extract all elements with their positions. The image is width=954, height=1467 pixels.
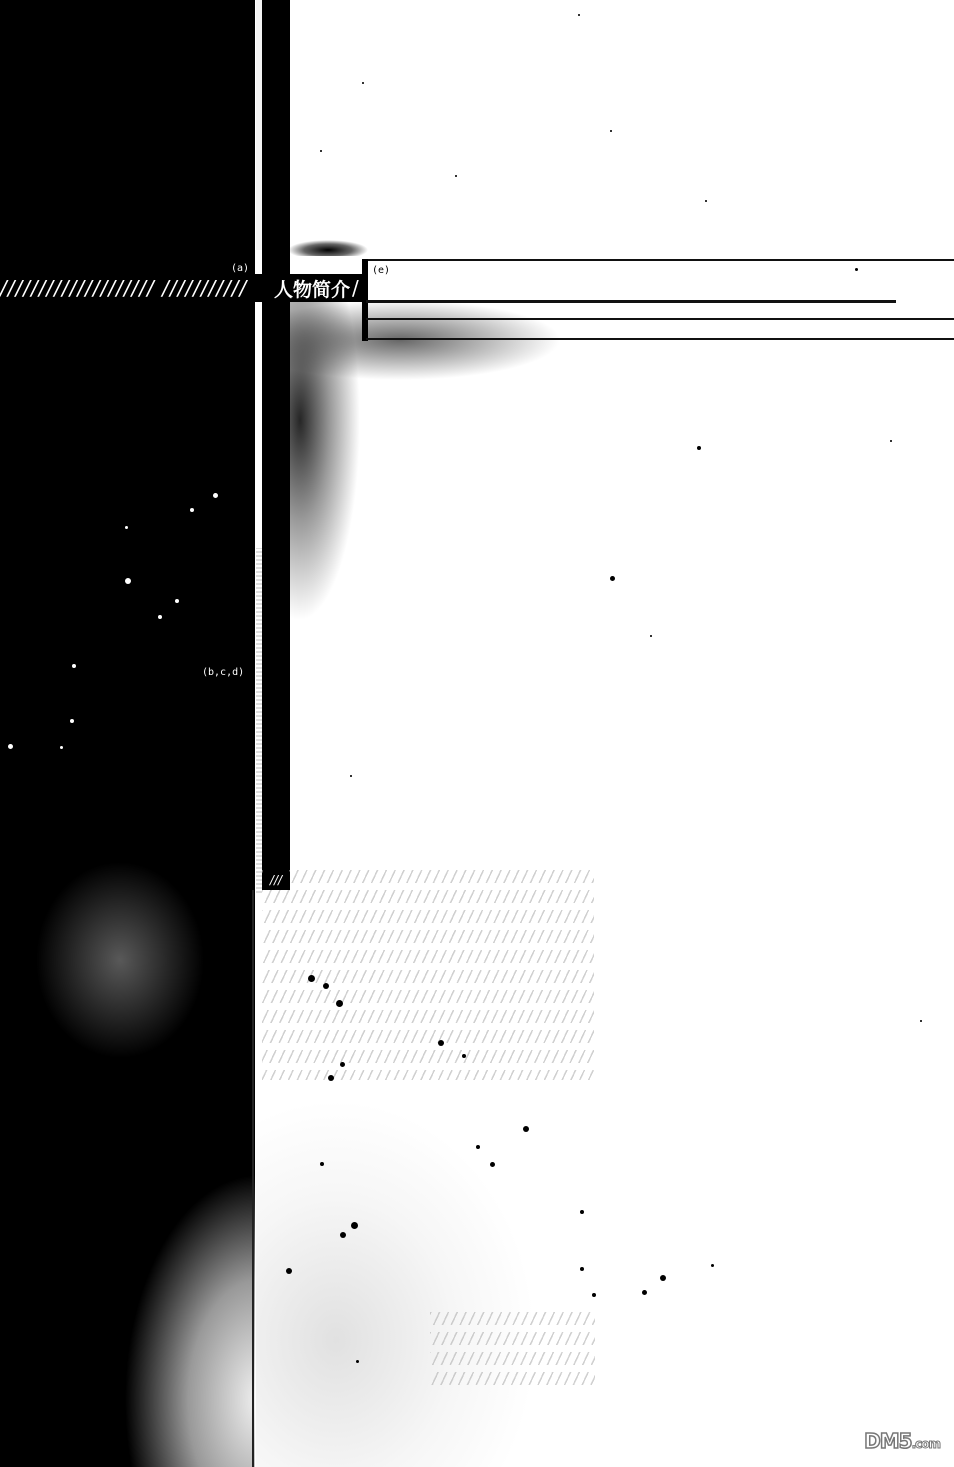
star-dot — [175, 599, 179, 603]
ink-dot — [308, 975, 315, 982]
star-dot — [60, 746, 63, 749]
ink-dot — [711, 1264, 714, 1267]
header-slash-decoration: //////////////////// /////////// — [0, 276, 247, 300]
panel-label-e: (e) — [372, 265, 390, 276]
ink-dot — [476, 1145, 480, 1149]
ink-smudge — [280, 300, 600, 720]
ink-splash — [288, 236, 368, 256]
ink-dot — [660, 1275, 666, 1281]
speckle — [610, 130, 612, 132]
ink-dot — [462, 1054, 466, 1058]
speckle — [455, 175, 457, 177]
ink-dot — [340, 1062, 345, 1067]
speckle — [920, 1020, 922, 1022]
star-dot — [72, 664, 76, 668]
speckle — [350, 775, 352, 777]
ink-dot — [642, 1290, 647, 1295]
ink-dot — [351, 1222, 358, 1229]
ink-dot — [286, 1268, 292, 1274]
star-dot — [125, 578, 131, 584]
star-dot — [125, 526, 128, 529]
ink-dot — [320, 1162, 324, 1166]
ink-dot — [855, 268, 858, 271]
ink-dot — [490, 1162, 495, 1167]
star-dot — [213, 493, 218, 498]
ink-dot — [580, 1267, 584, 1271]
ink-dot — [328, 1075, 334, 1081]
ink-dot — [438, 1040, 444, 1046]
gray-ink-wash — [256, 1080, 676, 1467]
ink-dot — [580, 1210, 584, 1214]
star-dot — [190, 508, 194, 512]
mini-slash-tab: /// — [263, 870, 289, 890]
ink-dot — [323, 983, 329, 989]
panel-label-bcd: (b,c,d) — [202, 667, 244, 678]
ink-dot — [610, 576, 615, 581]
grunge-fade — [0, 840, 260, 1467]
ink-dot — [340, 1232, 346, 1238]
hatched-pattern-area-lower — [430, 1312, 595, 1387]
speckle — [578, 14, 580, 16]
ruled-line — [366, 338, 954, 340]
ink-dot — [697, 446, 701, 450]
watermark-brand: DM5 — [864, 1429, 911, 1453]
watermark-suffix: .com — [912, 1437, 940, 1451]
star-dot — [158, 615, 162, 619]
ink-dot — [336, 1000, 343, 1007]
star-dot — [70, 719, 74, 723]
speckle — [320, 150, 322, 152]
speckle — [705, 200, 707, 202]
ink-dot — [356, 1360, 359, 1363]
ruled-line — [366, 318, 954, 320]
dm5-watermark-logo: DM5.com — [864, 1429, 940, 1453]
page-title: 人物简介 — [274, 275, 350, 302]
ruled-line-top — [366, 259, 954, 261]
speckle — [650, 635, 652, 637]
speckle — [890, 440, 892, 442]
ink-dot — [523, 1126, 529, 1132]
ruled-line — [366, 300, 896, 303]
header-trailing-slash: / — [352, 276, 359, 300]
speckle — [362, 82, 364, 84]
thin-vertical-rule — [252, 890, 254, 1467]
star-dot — [8, 744, 13, 749]
panel-label-a: (a) — [231, 263, 249, 274]
ink-dot — [592, 1293, 596, 1297]
